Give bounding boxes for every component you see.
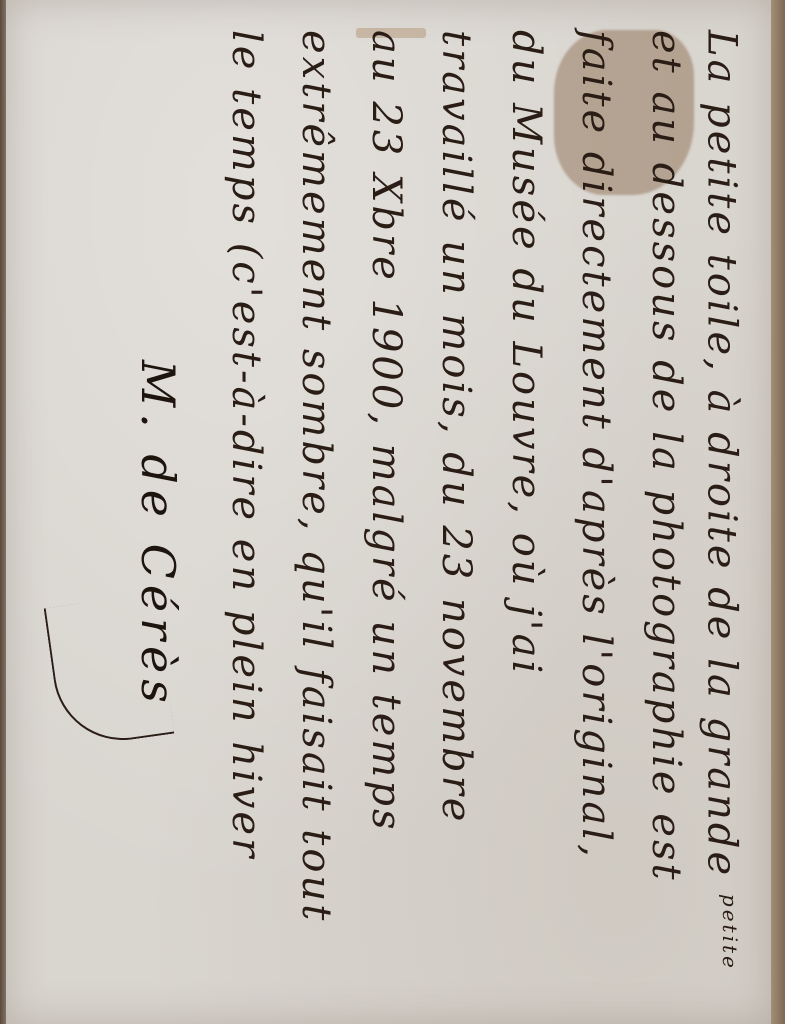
letter-line-6: au 23 Xbre 1900, malgré un temps — [351, 30, 421, 1004]
rotated-letter-body: La petite toile, à droite de la grande p… — [0, 0, 785, 1024]
signature-flourish — [44, 593, 175, 749]
letter-line-3: faite directement d'après l'original, — [561, 30, 631, 1004]
letter-line-8: le temps (c'est-à-dire en plein hiver — [211, 30, 281, 1004]
letter-line-4: du Musée du Louvre, où j'ai — [491, 30, 561, 1004]
letter-line-2: et au dessous de la photographie est — [631, 30, 701, 1004]
letter-lines: La petite toile, à droite de la grande p… — [211, 30, 765, 1004]
letter-line-7: extrêmement sombre, qu'il faisait tout — [281, 30, 351, 1004]
letter-line-1: La petite toile, à droite de la grande p… — [701, 30, 765, 1004]
letter-line-5: travaillé un mois, du 23 novembre — [421, 30, 491, 1004]
interlinear-note: petite — [718, 894, 742, 971]
line-text: La petite toile, à droite de la grande — [699, 30, 745, 878]
